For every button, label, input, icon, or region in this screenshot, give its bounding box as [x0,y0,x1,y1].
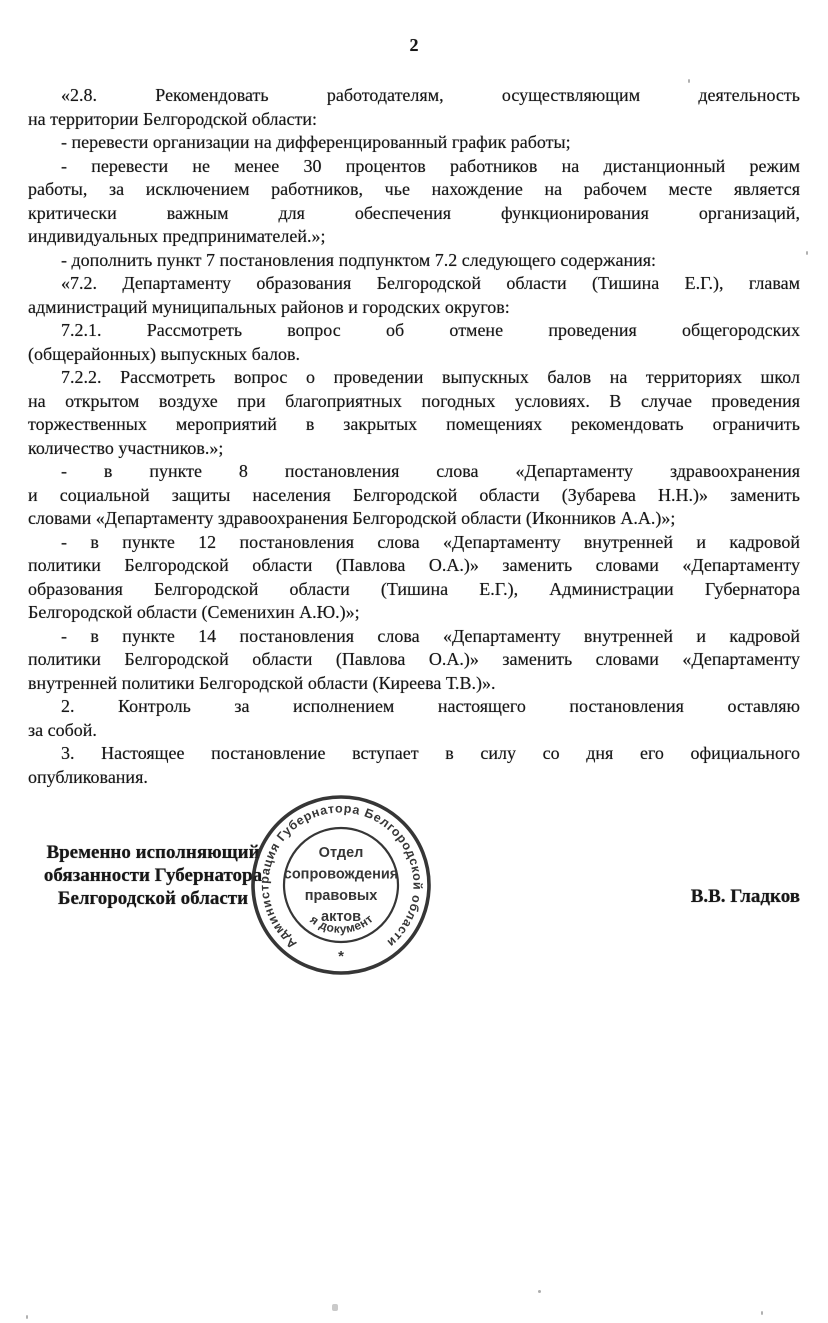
text-line: 3. Настоящее постановление вступает в си… [28,742,800,766]
text-line: «7.2. Департаменту образования Белгородс… [28,272,800,296]
document-page: 2 «2.8. Рекомендовать работодателям, осу… [0,0,828,1323]
text-line: работы, за исключением работников, чье н… [28,178,800,202]
signatory-name: В.В. Гладков [560,886,800,908]
text-line: политики Белгородской области (Павлова О… [28,648,800,672]
text-line: «2.8. Рекомендовать работодателям, осуще… [28,84,800,108]
text-line: - в пункте 8 постановления слова «Департ… [28,460,800,484]
text-line: опубликования. [28,766,800,790]
page-number: 2 [28,35,800,56]
text-line: 2. Контроль за исполнением настоящего по… [28,695,800,719]
stamp-center-line-2: сопровождения [284,867,398,883]
text-line: на открытом воздухе при благоприятных по… [28,390,800,414]
text-line: критически важным для обеспечения функци… [28,202,800,226]
text-line: количество участников.»; [28,437,800,461]
text-line: 7.2.2. Рассмотреть вопрос о проведении в… [28,366,800,390]
text-line: - перевести организации на дифференциров… [28,131,800,155]
text-line: внутренней политики Белгородской области… [28,672,800,696]
text-line: за собой. [28,719,800,743]
scan-speck [761,1311,763,1315]
scan-speck [332,1304,338,1311]
stamp-star-mark: * [338,948,344,965]
text-line: - в пункте 14 постановления слова «Депар… [28,625,800,649]
text-line: (общерайонных) выпускных балов. [28,343,800,367]
scan-speck [806,251,808,255]
text-line: и социальной защиты населения Белгородск… [28,484,800,508]
signatory-title-line-2: обязанности Губернатора [22,864,284,887]
stamp-bottom-curved-label: Для документов [307,874,375,936]
stamp-outer-ring [253,797,429,973]
text-line: образования Белгородской области (Тишина… [28,578,800,602]
official-round-stamp: Администрация Губернатора Белгородской о… [248,792,434,978]
text-line: индивидуальных предпринимателей.»; [28,225,800,249]
scan-speck [538,1290,541,1293]
signatory-title-line-3: Белгородской области [22,887,284,910]
stamp-center-line-3: правовых [305,888,378,904]
stamp-center-line-1: Отдел [319,845,364,861]
text-line: - дополнить пункт 7 постановления подпун… [28,249,800,273]
text-line: - в пункте 12 постановления слова «Депар… [28,531,800,555]
text-line: торжественных мероприятий в закрытых пом… [28,413,800,437]
text-line: - перевести не менее 30 процентов работн… [28,155,800,179]
signatory-title: Временно исполняющий обязанности Губерна… [22,841,284,910]
text-line: на территории Белгородской области: [28,108,800,132]
scan-speck [688,79,690,83]
text-line: 7.2.1. Рассмотреть вопрос об отмене пров… [28,319,800,343]
scan-speck [26,1315,28,1319]
signatory-title-line-1: Временно исполняющий [22,841,284,864]
document-body: «2.8. Рекомендовать работодателям, осуще… [28,84,800,789]
text-line: администраций муниципальных районов и го… [28,296,800,320]
text-line: словами «Департаменту здравоохранения Бе… [28,507,800,531]
text-line: политики Белгородской области (Павлова О… [28,554,800,578]
text-line: Белгородской области (Семенихин А.Ю.)»; [28,601,800,625]
